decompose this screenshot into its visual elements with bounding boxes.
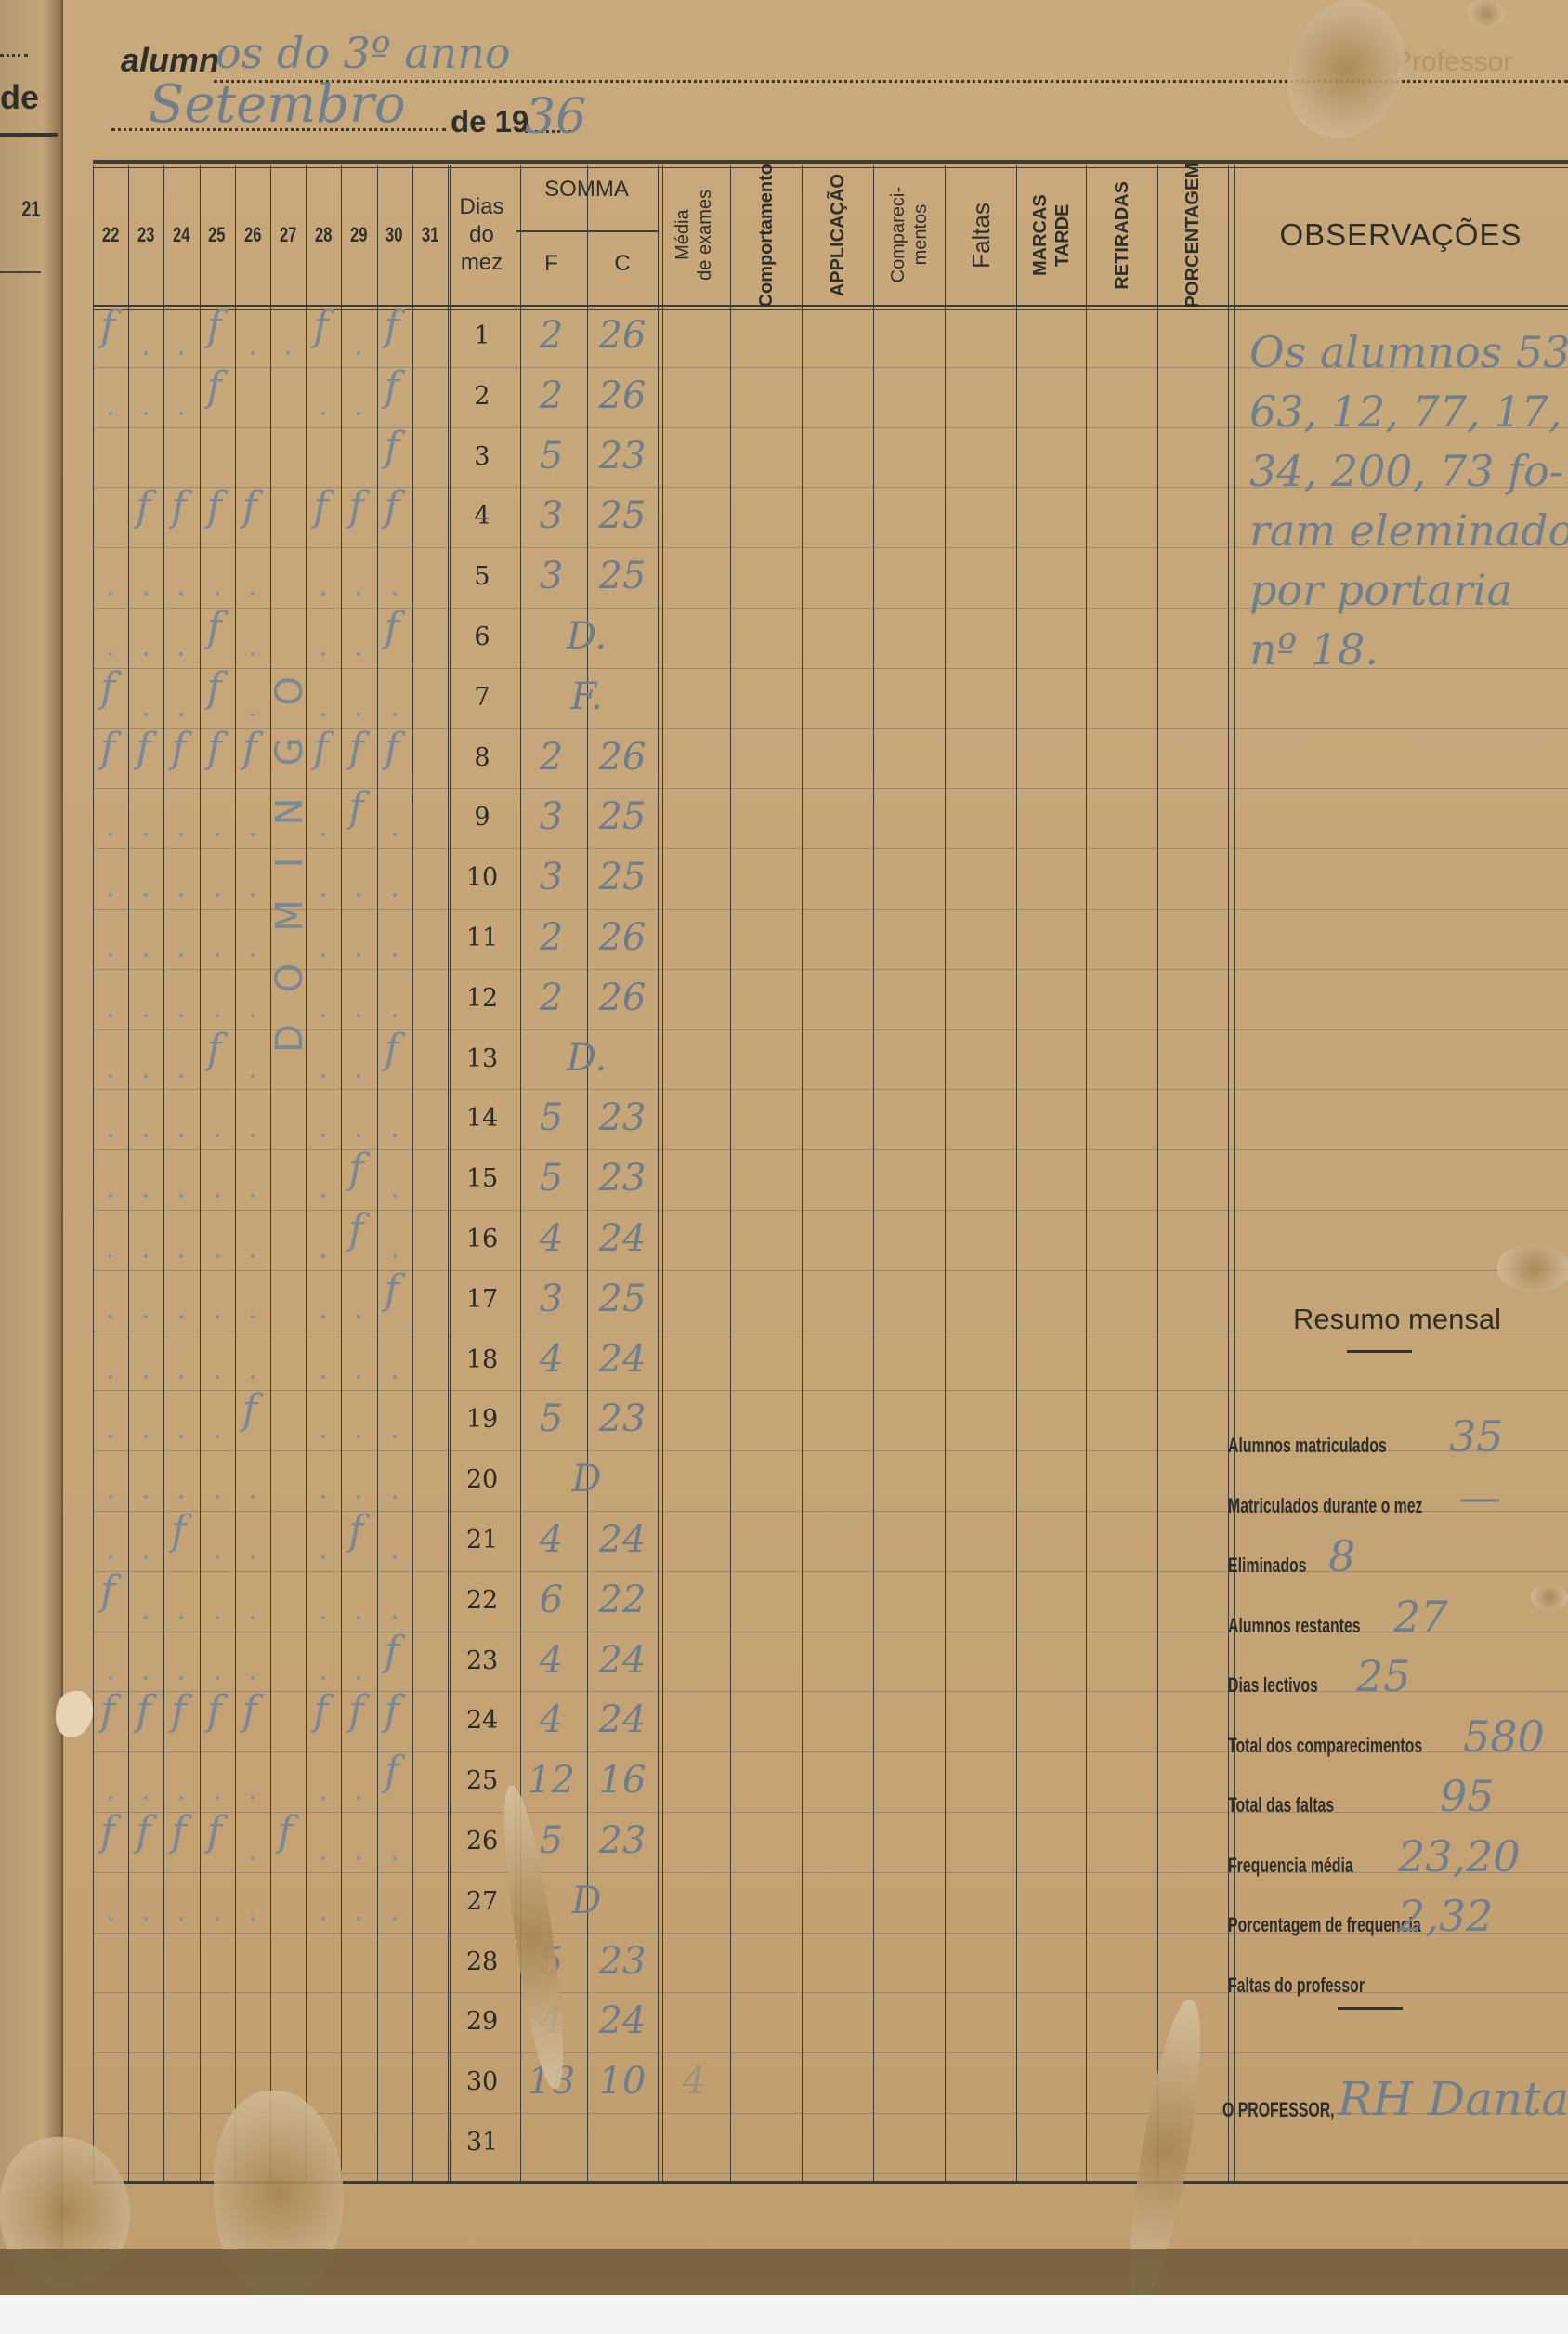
absence-mark: f — [100, 725, 115, 772]
presence-dot — [393, 893, 397, 897]
presence-dot — [109, 592, 112, 596]
presence-dot — [357, 1375, 360, 1379]
vertical-column-header: Faltas — [945, 165, 1016, 305]
presence-dot — [393, 1616, 397, 1619]
merged-cell-note: D. — [516, 615, 658, 658]
presence-dot — [179, 713, 183, 716]
absence-mark: f — [385, 1026, 399, 1073]
day-of-month: 5 — [451, 562, 513, 591]
presence-dot — [357, 1856, 360, 1860]
day-number: 30 — [385, 223, 402, 247]
day-of-month: 15 — [451, 1164, 513, 1193]
resumo-title: Resumo mensal — [1293, 1303, 1501, 1336]
presence-dot — [251, 1856, 255, 1860]
vertical-column-header: MARCAS TARDE — [1016, 165, 1086, 305]
presence-dot — [393, 1555, 397, 1559]
presence-dot — [251, 652, 255, 656]
presence-dot — [357, 893, 360, 897]
absence-mark: f — [242, 483, 257, 531]
day-number: 31 — [422, 223, 438, 247]
presence-dot — [144, 1254, 148, 1258]
presence-dot — [393, 953, 397, 957]
day-of-month: 1 — [451, 321, 513, 350]
presence-dot — [393, 713, 397, 716]
absence-mark: f — [100, 1808, 115, 1855]
somma-f-value: 4 — [516, 1639, 587, 1682]
presence-dot — [216, 953, 219, 957]
day-col-rule — [377, 165, 378, 2181]
col-rule — [1086, 165, 1087, 2181]
presence-dot — [216, 1435, 219, 1438]
absence-mark: f — [348, 1206, 363, 1253]
absence-mark: f — [171, 1507, 186, 1554]
previous-page-strip: de 21 — [0, 0, 63, 2267]
col-rule — [873, 165, 874, 2181]
day-col-rule — [235, 165, 236, 2181]
absence-mark: f — [385, 483, 399, 531]
presence-dot — [393, 1917, 397, 1921]
presence-dot — [109, 1074, 112, 1078]
presence-dot — [216, 592, 219, 596]
year-handwritten: 36 — [525, 89, 586, 145]
day-of-month: 17 — [451, 1285, 513, 1314]
vertical-column-header: APPLICAÇÃO — [802, 165, 873, 305]
absence-mark: f — [207, 664, 222, 712]
col-rule — [1228, 165, 1229, 2181]
media-value: 4 — [658, 2060, 730, 2103]
presence-dot — [321, 1676, 325, 1680]
column-label: Comportamento — [755, 164, 777, 307]
presence-dot — [321, 893, 325, 897]
somma-f-value: 5 — [516, 1096, 587, 1139]
presence-dot — [216, 1616, 219, 1619]
day-of-month: 18 — [451, 1345, 513, 1374]
presence-dot — [109, 1254, 112, 1258]
absence-mark: f — [348, 1687, 363, 1735]
presence-dot — [216, 1375, 219, 1379]
presence-dot — [321, 1254, 325, 1258]
absence-mark: f — [385, 1266, 399, 1314]
absence-mark: f — [171, 1687, 186, 1735]
absence-mark: f — [278, 1808, 293, 1855]
presence-dot — [357, 652, 360, 656]
day-number: 24 — [173, 223, 189, 247]
presence-dot — [321, 1375, 325, 1379]
day-number: 28 — [315, 223, 332, 247]
day-col-rule — [128, 165, 129, 2181]
resumo-item-value: — — [1458, 1472, 1501, 1522]
resumo-item-value: 95 — [1440, 1771, 1495, 1821]
presence-dot — [109, 893, 112, 897]
observation-line: 63, 12, 77, 17, — [1249, 387, 1562, 437]
presence-dot — [144, 1555, 148, 1559]
day-column-header: 30 — [377, 165, 412, 305]
presence-dot — [251, 1917, 255, 1921]
day-of-month: 4 — [451, 502, 513, 531]
presence-dot — [393, 1856, 397, 1860]
absence-mark: f — [385, 725, 399, 772]
day-number: 23 — [137, 223, 154, 247]
presence-dot — [357, 1014, 360, 1017]
strip-rule — [0, 133, 58, 137]
vertical-column-header: Médiade exames — [658, 165, 730, 305]
day-of-month: 31 — [451, 2128, 513, 2157]
presence-dot — [357, 1616, 360, 1619]
somma-f-value: 2 — [516, 374, 587, 417]
presence-dot — [179, 833, 183, 836]
somma-f-value: 12 — [516, 1759, 587, 1802]
presence-dot — [321, 652, 325, 656]
presence-dot — [144, 1074, 148, 1078]
presence-dot — [216, 1676, 219, 1680]
day-of-month: 10 — [451, 863, 513, 892]
col-rule — [802, 165, 803, 2181]
presence-dot — [144, 1194, 148, 1198]
absence-mark: f — [385, 604, 399, 651]
row-rule — [93, 1390, 1568, 1391]
row-rule — [93, 969, 1568, 970]
presence-dot — [179, 1315, 183, 1318]
observation-line: por portaria — [1249, 565, 1512, 615]
somma-c-value: 24 — [587, 1338, 658, 1381]
presence-dot — [216, 1495, 219, 1499]
absence-mark: f — [207, 303, 222, 350]
water-stain — [1497, 1245, 1568, 1292]
observation-line: Os alumnos 53, — [1249, 327, 1568, 377]
presence-dot — [393, 1134, 397, 1137]
day-column-header: 26 — [235, 165, 270, 305]
presence-dot — [179, 1616, 183, 1619]
presence-dot — [321, 592, 325, 596]
row-rule — [93, 1029, 1568, 1030]
presence-dot — [321, 1315, 325, 1318]
absence-mark: f — [242, 1687, 257, 1735]
month-handwritten: Setembro — [149, 74, 406, 135]
absence-mark: f — [313, 483, 328, 531]
absence-mark: f — [207, 1026, 222, 1073]
resumo-item-value: 2,32 — [1398, 1891, 1493, 1941]
resumo-item-label: Eliminados — [1228, 1554, 1306, 1578]
somma-c-value: 25 — [587, 856, 658, 898]
absence-mark: f — [348, 725, 363, 772]
absence-mark: f — [348, 1146, 363, 1193]
resumo-title-underline — [1347, 1350, 1412, 1353]
absence-mark: f — [242, 1386, 257, 1434]
col-rule — [1234, 165, 1235, 2181]
presence-dot — [144, 351, 148, 355]
absence-mark: f — [171, 1808, 186, 1855]
day-col-rule — [448, 165, 449, 2181]
presence-dot — [393, 592, 397, 596]
presence-dot — [286, 351, 290, 355]
day-column-header: 23 — [128, 165, 163, 305]
vertical-column-header: Compareci-mentos — [873, 165, 945, 305]
somma-f-value: 3 — [516, 795, 587, 838]
absence-mark: f — [100, 664, 115, 712]
presence-dot — [393, 1194, 397, 1198]
vertical-column-header: RETIRADAS — [1086, 165, 1157, 305]
presence-dot — [216, 1014, 219, 1017]
presence-dot — [144, 713, 148, 716]
observation-line: nº 18. — [1249, 624, 1379, 675]
presence-dot — [179, 1254, 183, 1258]
water-stain — [1531, 1584, 1568, 1610]
presence-dot — [357, 1495, 360, 1499]
somma-f-value: 6 — [516, 1579, 587, 1621]
presence-dot — [357, 953, 360, 957]
presence-dot — [251, 1134, 255, 1137]
somma-header: SOMMA — [516, 177, 658, 203]
day-column-header: 29 — [341, 165, 376, 305]
presence-dot — [109, 1495, 112, 1499]
somma-c-value: 24 — [587, 2000, 658, 2042]
row-rule — [93, 1089, 1568, 1090]
absence-mark: f — [207, 1808, 222, 1855]
absence-mark: f — [207, 604, 222, 651]
presence-dot — [109, 1917, 112, 1921]
strip-rule-2 — [0, 271, 41, 273]
presence-dot — [357, 351, 360, 355]
presence-dot — [144, 1375, 148, 1379]
presence-dot — [251, 351, 255, 355]
strip-de-text: de — [0, 78, 39, 117]
day-of-month: 30 — [451, 2067, 513, 2096]
presence-dot — [357, 1796, 360, 1800]
day-of-month: 3 — [451, 442, 513, 471]
presence-dot — [109, 1014, 112, 1017]
presence-dot — [216, 1254, 219, 1258]
somma-c-value: 24 — [587, 1518, 658, 1561]
absence-mark: f — [100, 1567, 115, 1615]
presence-dot — [216, 1917, 219, 1921]
somma-c-value: 25 — [587, 555, 658, 597]
somma-c-value: 24 — [587, 1217, 658, 1260]
presence-dot — [109, 953, 112, 957]
resumo-item-value: 25 — [1356, 1651, 1411, 1701]
presence-dot — [216, 1555, 219, 1559]
somma-f-value: 3 — [516, 1278, 587, 1320]
presence-dot — [321, 1495, 325, 1499]
somma-c-value: 23 — [587, 1096, 658, 1139]
somma-f-value: 4 — [516, 1338, 587, 1381]
presence-dot — [216, 893, 219, 897]
column-label: PORCENTAGEM — [1182, 163, 1204, 308]
presence-dot — [109, 1315, 112, 1318]
somma-c-value: 23 — [587, 1819, 658, 1862]
somma-c-header: C — [587, 251, 658, 277]
somma-f-header: F — [516, 251, 587, 277]
presence-dot — [216, 1194, 219, 1198]
absence-mark: f — [385, 1628, 399, 1675]
resumo-item-label: Total das faltas — [1228, 1793, 1334, 1817]
vertical-column-header: Comportamento — [730, 165, 802, 305]
presence-dot — [321, 953, 325, 957]
presence-dot — [144, 1917, 148, 1921]
strip-day-21: 21 — [21, 197, 40, 223]
alumn-class-handwritten: os do 3º anno — [216, 28, 511, 78]
presence-dot — [144, 1495, 148, 1499]
presence-dot — [179, 1375, 183, 1379]
presence-dot — [179, 1796, 183, 1800]
presence-dot — [321, 1134, 325, 1137]
merged-cell-note: F. — [516, 675, 658, 718]
row-rule — [93, 1149, 1568, 1150]
day-of-month: 21 — [451, 1526, 513, 1554]
somma-c-value: 26 — [587, 736, 658, 779]
presence-dot — [144, 1796, 148, 1800]
presence-dot — [179, 1495, 183, 1499]
somma-f-value: 5 — [516, 1397, 587, 1440]
presence-dot — [109, 833, 112, 836]
somma-f-value: 5 — [516, 1157, 587, 1200]
resumo-item-label: Total dos comparecimentos — [1228, 1734, 1422, 1758]
row-rule — [93, 1812, 1568, 1813]
strip-dotline — [0, 54, 28, 57]
resumo-item-label: Matriculados durante o mez — [1228, 1494, 1422, 1518]
presence-dot — [144, 953, 148, 957]
presence-dot — [144, 1315, 148, 1318]
day-of-month: 19 — [451, 1405, 513, 1434]
column-label: Compareci-mentos — [887, 187, 932, 282]
column-label: APPLICAÇÃO — [827, 174, 849, 296]
day-column-header: 24 — [163, 165, 199, 305]
presence-dot — [179, 1074, 183, 1078]
presence-dot — [357, 1315, 360, 1318]
col-rule — [658, 165, 659, 2181]
absence-mark: f — [171, 725, 186, 772]
presence-dot — [251, 1555, 255, 1559]
day-of-month: 13 — [451, 1044, 513, 1073]
presence-dot — [393, 833, 397, 836]
presence-dot — [251, 1616, 255, 1619]
somma-c-value: 25 — [587, 1278, 658, 1320]
presence-dot — [109, 1194, 112, 1198]
absence-mark: f — [136, 1687, 150, 1735]
absence-mark: f — [385, 1687, 399, 1735]
absence-mark: f — [207, 725, 222, 772]
presence-dot — [357, 1917, 360, 1921]
col-rule — [662, 165, 663, 2181]
absence-mark: f — [242, 725, 257, 772]
presence-dot — [321, 1555, 325, 1559]
somma-c-value: 22 — [587, 1579, 658, 1621]
day-of-month: 22 — [451, 1586, 513, 1615]
absence-mark: f — [385, 363, 399, 411]
somma-f-value: 2 — [516, 314, 587, 357]
day-of-month: 2 — [451, 382, 513, 411]
merged-cell-note: D. — [516, 1037, 658, 1080]
presence-dot — [179, 953, 183, 957]
somma-c-value: 23 — [587, 1397, 658, 1440]
resumo-item-label: Alumnos restantes — [1228, 1614, 1361, 1638]
presence-dot — [251, 1375, 255, 1379]
resumo-item-label: Frequencia média — [1228, 1854, 1353, 1878]
presence-dot — [321, 412, 325, 415]
somma-c-value: 26 — [587, 374, 658, 417]
day-column-header: 27 — [270, 165, 306, 305]
presence-dot — [144, 412, 148, 415]
absence-mark: f — [348, 784, 363, 832]
absence-mark: f — [385, 1748, 399, 1795]
row-rule — [93, 848, 1568, 849]
professor-label: O PROFESSOR, — [1222, 2098, 1335, 2122]
absence-mark: f — [136, 483, 150, 531]
presence-dot — [321, 1616, 325, 1619]
somma-f-value: 4 — [516, 1698, 587, 1741]
presence-dot — [144, 1435, 148, 1438]
day-col-rule — [200, 165, 201, 2181]
presence-dot — [321, 1074, 325, 1078]
column-label: Faltas — [970, 203, 992, 269]
day-of-month: 28 — [451, 1947, 513, 1976]
presence-dot — [109, 1375, 112, 1379]
somma-f-value: 2 — [516, 977, 587, 1019]
resumo-item-value: 27 — [1393, 1592, 1448, 1642]
dias-do-mez-header: Diasdomez — [448, 165, 516, 305]
merged-cell-note: D — [516, 1458, 658, 1501]
presence-dot — [179, 893, 183, 897]
absence-mark: f — [313, 1687, 328, 1735]
presence-dot — [251, 1074, 255, 1078]
absence-mark: f — [100, 303, 115, 350]
domingo-vertical-note: DOMINGO — [272, 547, 307, 1149]
presence-dot — [109, 1676, 112, 1680]
presence-dot — [321, 1194, 325, 1198]
presence-dot — [144, 1616, 148, 1619]
observacoes-header: OBSERVAÇÕES — [1234, 165, 1568, 305]
resumo-item-value: 23,20 — [1398, 1831, 1521, 1882]
day-of-month: 9 — [451, 803, 513, 832]
table-top-rule — [93, 160, 1568, 164]
presence-dot — [144, 652, 148, 656]
row-rule — [93, 909, 1568, 910]
absence-mark: f — [136, 1808, 150, 1855]
presence-dot — [357, 412, 360, 415]
somma-c-value: 24 — [587, 1698, 658, 1741]
day-of-month: 12 — [451, 984, 513, 1013]
presence-dot — [109, 652, 112, 656]
day-of-month: 8 — [451, 743, 513, 772]
resumo-item-value: 8 — [1328, 1531, 1355, 1581]
somma-f-value: 3 — [516, 555, 587, 597]
absence-mark: f — [385, 424, 399, 471]
column-label: MARCAS TARDE — [1029, 165, 1074, 305]
somma-c-value: 23 — [587, 435, 658, 478]
absence-mark: f — [207, 483, 222, 531]
absence-mark: f — [207, 363, 222, 411]
presence-dot — [251, 713, 255, 716]
absence-mark: f — [313, 725, 328, 772]
presence-dot — [321, 1917, 325, 1921]
day-of-month: 25 — [451, 1766, 513, 1795]
resumo-item-label: Faltas do professor — [1228, 1973, 1365, 1998]
presence-dot — [251, 1495, 255, 1499]
presence-dot — [321, 1014, 325, 1017]
somma-f-value: 5 — [516, 435, 587, 478]
day-of-month: 14 — [451, 1104, 513, 1133]
day-col-rule — [341, 165, 342, 2181]
day-col-rule — [163, 165, 164, 2181]
absence-mark: f — [171, 483, 186, 531]
presence-dot — [321, 713, 325, 716]
presence-dot — [179, 1435, 183, 1438]
presence-dot — [393, 1254, 397, 1258]
presence-dot — [321, 1796, 325, 1800]
resumo-item-value: 35 — [1449, 1411, 1504, 1462]
presence-dot — [144, 833, 148, 836]
presence-dot — [393, 1495, 397, 1499]
row-rule — [93, 1210, 1568, 1211]
